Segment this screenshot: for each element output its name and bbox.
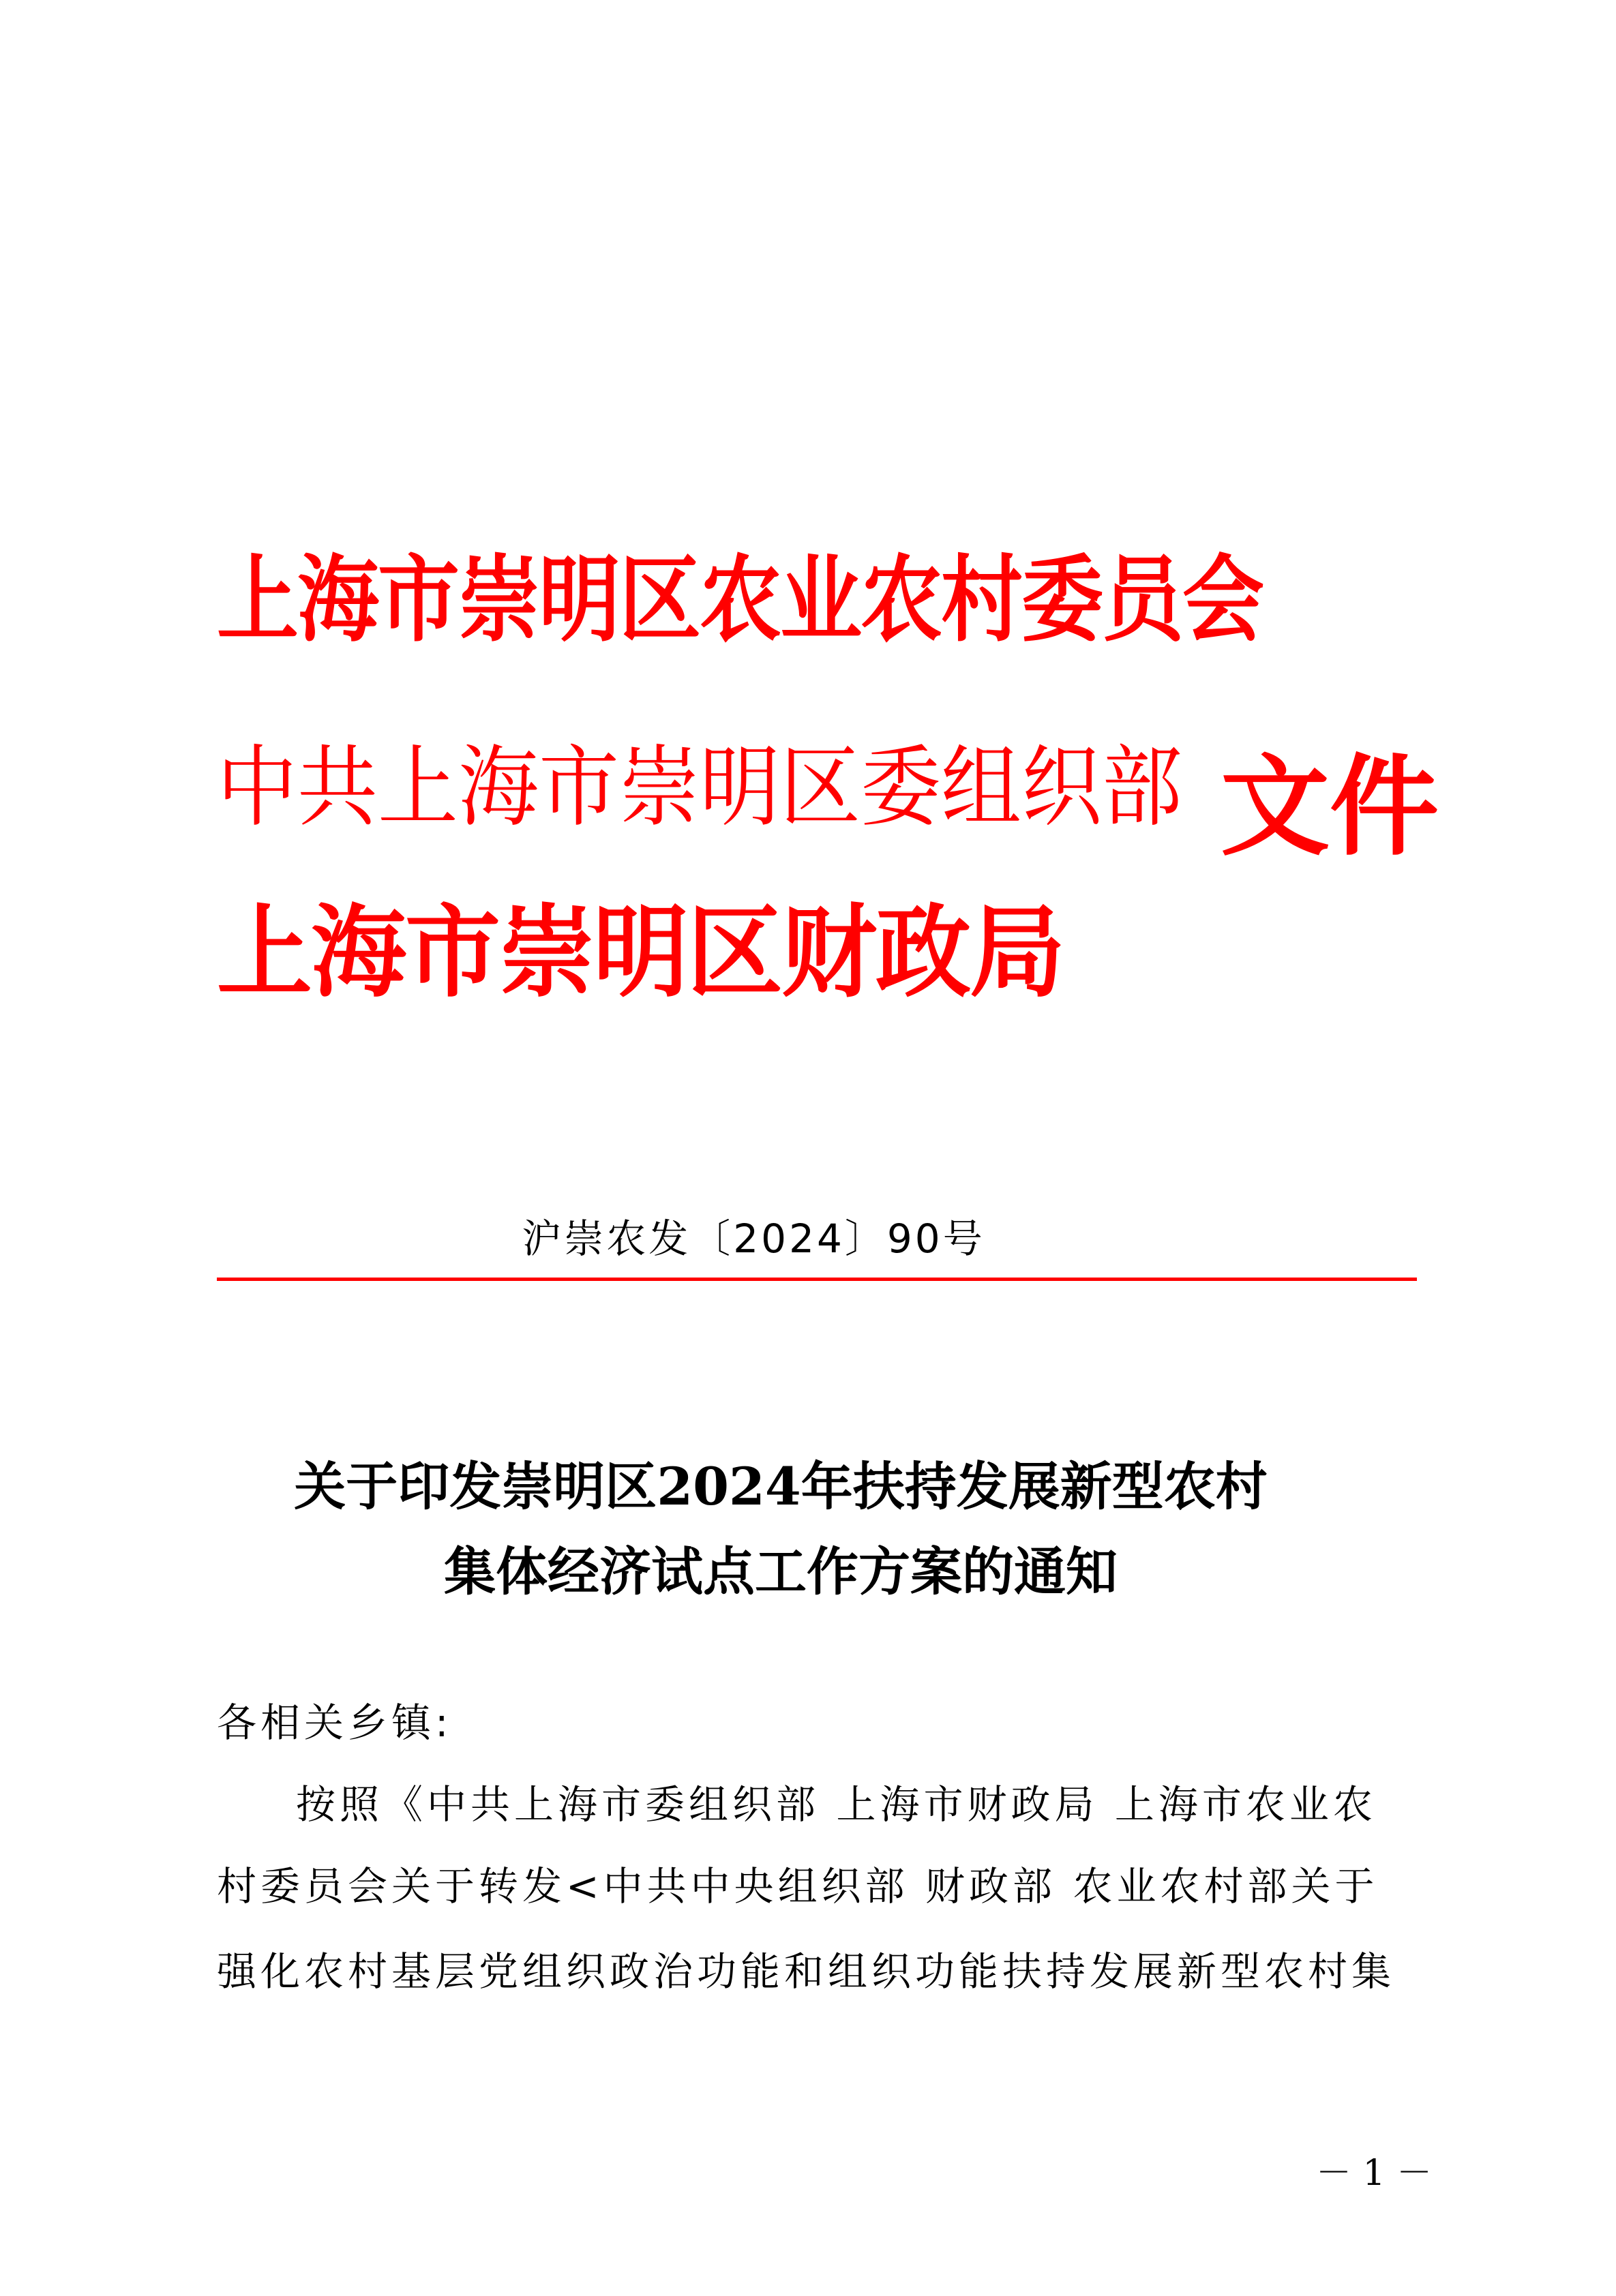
page-number: － 1 －	[1316, 2144, 1432, 2195]
document-title-line-1: 关于印发崇明区2024年扶持发展新型农村	[0, 1445, 1616, 1520]
issuer-agriculture-committee: 上海市崇明区农业农村委员会	[217, 525, 1263, 660]
paragraph-line: 强化农村基层党组织政治功能和组织功能扶持发展新型农村集	[217, 1939, 1424, 1997]
issuer-finance-bureau: 上海市崇明区财政局	[217, 873, 1064, 1016]
document-number: 沪崇农发〔2024〕90号	[0, 1207, 1616, 1264]
document-page: 上海市崇明区农业农村委员会 中共上海市崇明区委组织部 上海市崇明区财政局 文件 …	[0, 0, 1616, 2296]
document-label: 文件	[1221, 719, 1439, 876]
salutation: 各相关乡镇:	[217, 1691, 1424, 1748]
issuer-organization-department: 中共上海市崇明区委组织部	[217, 716, 1182, 843]
document-title-line-2: 集体经济试点工作方案的通知	[0, 1530, 1616, 1605]
paragraph-line: 村委员会关于转发<中共中央组织部 财政部 农业农村部关于	[217, 1854, 1424, 1912]
red-divider-rule	[217, 1278, 1417, 1281]
paragraph-line: 按照《中共上海市委组织部 上海市财政局 上海市农业农	[217, 1772, 1424, 1830]
